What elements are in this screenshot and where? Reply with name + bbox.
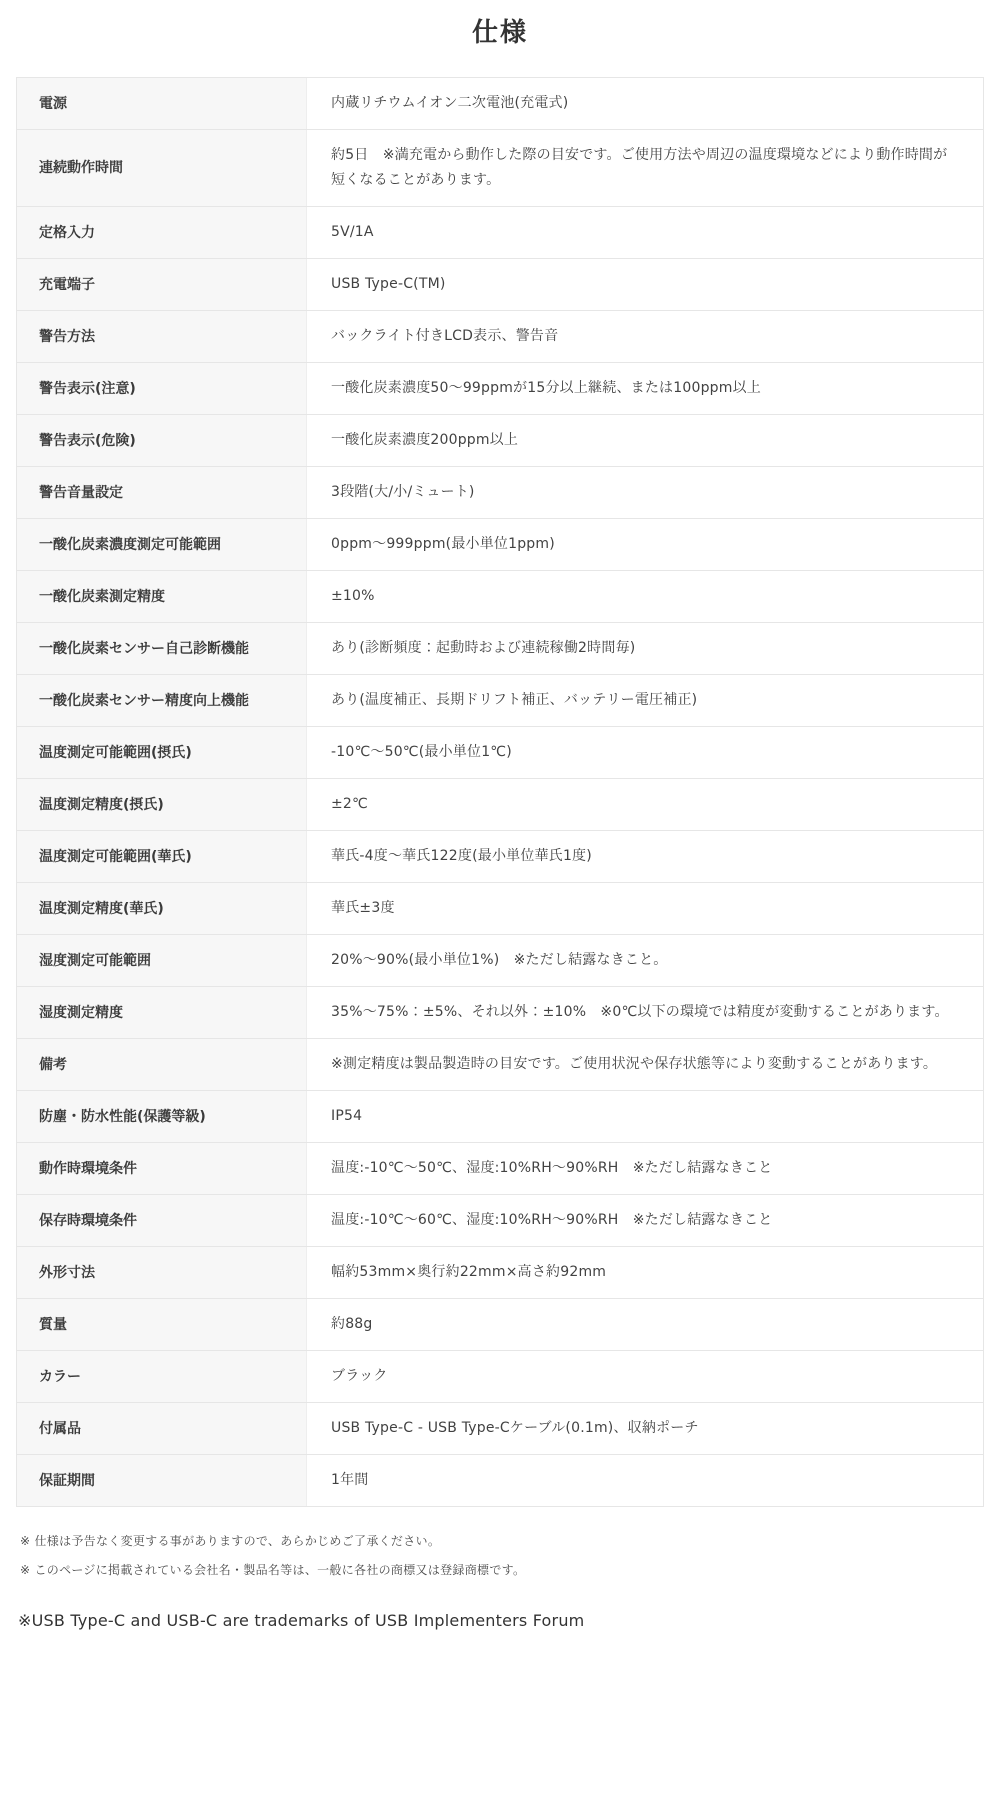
spec-value: -10℃〜50℃(最小単位1℃)	[307, 727, 983, 778]
spec-value: ブラック	[307, 1351, 983, 1402]
page-title: 仕様	[0, 12, 1000, 49]
spec-label: 一酸化炭素濃度測定可能範囲	[17, 519, 307, 570]
spec-value: バックライト付きLCD表示、警告音	[307, 311, 983, 362]
spec-value: 一酸化炭素濃度50〜99ppmが15分以上継続、または100ppm以上	[307, 363, 983, 414]
table-row: 定格入力5V/1A	[17, 207, 983, 259]
table-row: 一酸化炭素センサー精度向上機能あり(温度補正、長期ドリフト補正、バッテリー電圧補…	[17, 675, 983, 727]
spec-value: あり(温度補正、長期ドリフト補正、バッテリー電圧補正)	[307, 675, 983, 726]
spec-label: 温度測定可能範囲(華氏)	[17, 831, 307, 882]
spec-value: 0ppm〜999ppm(最小単位1ppm)	[307, 519, 983, 570]
spec-label: 外形寸法	[17, 1247, 307, 1298]
spec-label: 防塵・防水性能(保護等級)	[17, 1091, 307, 1142]
spec-label: 備考	[17, 1039, 307, 1090]
spec-label: 定格入力	[17, 207, 307, 258]
table-row: 湿度測定可能範囲20%〜90%(最小単位1%) ※ただし結露なきこと。	[17, 935, 983, 987]
table-row: 質量約88g	[17, 1299, 983, 1351]
spec-value: 1年間	[307, 1455, 983, 1506]
spec-label: 保証期間	[17, 1455, 307, 1506]
spec-label: 一酸化炭素測定精度	[17, 571, 307, 622]
spec-table: 電源内蔵リチウムイオン二次電池(充電式)連続動作時間約5日 ※満充電から動作した…	[16, 77, 984, 1507]
spec-label: 付属品	[17, 1403, 307, 1454]
table-row: 警告方法バックライト付きLCD表示、警告音	[17, 311, 983, 363]
table-row: 温度測定精度(華氏)華氏±3度	[17, 883, 983, 935]
usb-trademark-note: ※USB Type-C and USB-C are trademarks of …	[18, 1611, 984, 1630]
footnote-spec-change: ※ 仕様は予告なく変更する事がありますので、あらかじめご了承ください。	[20, 1533, 984, 1550]
spec-value: 35%〜75%：±5%、それ以外：±10% ※0℃以下の環境では精度が変動するこ…	[307, 987, 983, 1038]
spec-label: 温度測定可能範囲(摂氏)	[17, 727, 307, 778]
spec-value: 約5日 ※満充電から動作した際の目安です。ご使用方法や周辺の温度環境などにより動…	[307, 130, 983, 206]
spec-label: 警告表示(危険)	[17, 415, 307, 466]
spec-label: 警告方法	[17, 311, 307, 362]
spec-value: あり(診断頻度：起動時および連続稼働2時間毎)	[307, 623, 983, 674]
spec-value: USB Type-C(TM)	[307, 259, 983, 310]
spec-label: 一酸化炭素センサー自己診断機能	[17, 623, 307, 674]
spec-label: カラー	[17, 1351, 307, 1402]
spec-label: 温度測定精度(華氏)	[17, 883, 307, 934]
spec-value: 内蔵リチウムイオン二次電池(充電式)	[307, 78, 983, 129]
table-row: 動作時環境条件温度:-10℃〜50℃、湿度:10%RH〜90%RH ※ただし結露…	[17, 1143, 983, 1195]
spec-value: 一酸化炭素濃度200ppm以上	[307, 415, 983, 466]
table-row: 付属品USB Type-C - USB Type-Cケーブル(0.1m)、収納ポ…	[17, 1403, 983, 1455]
spec-value: 幅約53mm×奥行約22mm×高さ約92mm	[307, 1247, 983, 1298]
spec-page: 仕様 電源内蔵リチウムイオン二次電池(充電式)連続動作時間約5日 ※満充電から動…	[0, 0, 1000, 1800]
spec-label: 一酸化炭素センサー精度向上機能	[17, 675, 307, 726]
spec-value: 温度:-10℃〜60℃、湿度:10%RH〜90%RH ※ただし結露なきこと	[307, 1195, 983, 1246]
table-row: 温度測定精度(摂氏)±2℃	[17, 779, 983, 831]
spec-label: 連続動作時間	[17, 130, 307, 206]
footnote-trademarks-general: ※ このページに掲載されている会社名・製品名等は、一般に各社の商標又は登録商標で…	[20, 1562, 984, 1579]
spec-label: 動作時環境条件	[17, 1143, 307, 1194]
table-row: 保証期間1年間	[17, 1455, 983, 1506]
spec-value: ±2℃	[307, 779, 983, 830]
table-row: カラーブラック	[17, 1351, 983, 1403]
spec-value: ±10%	[307, 571, 983, 622]
table-row: 備考※測定精度は製品製造時の目安です。ご使用状況や保存状態等により変動することが…	[17, 1039, 983, 1091]
table-row: 一酸化炭素濃度測定可能範囲0ppm〜999ppm(最小単位1ppm)	[17, 519, 983, 571]
table-row: 温度測定可能範囲(摂氏)-10℃〜50℃(最小単位1℃)	[17, 727, 983, 779]
spec-label: 警告表示(注意)	[17, 363, 307, 414]
spec-label: 湿度測定精度	[17, 987, 307, 1038]
table-row: 警告表示(注意)一酸化炭素濃度50〜99ppmが15分以上継続、または100pp…	[17, 363, 983, 415]
table-row: 外形寸法幅約53mm×奥行約22mm×高さ約92mm	[17, 1247, 983, 1299]
table-row: 保存時環境条件温度:-10℃〜60℃、湿度:10%RH〜90%RH ※ただし結露…	[17, 1195, 983, 1247]
spec-value: ※測定精度は製品製造時の目安です。ご使用状況や保存状態等により変動することがあり…	[307, 1039, 983, 1090]
spec-value: 5V/1A	[307, 207, 983, 258]
table-row: 温度測定可能範囲(華氏)華氏-4度〜華氏122度(最小単位華氏1度)	[17, 831, 983, 883]
table-row: 連続動作時間約5日 ※満充電から動作した際の目安です。ご使用方法や周辺の温度環境…	[17, 130, 983, 207]
spec-value: 華氏±3度	[307, 883, 983, 934]
spec-label: 警告音量設定	[17, 467, 307, 518]
table-row: 湿度測定精度35%〜75%：±5%、それ以外：±10% ※0℃以下の環境では精度…	[17, 987, 983, 1039]
spec-value: 華氏-4度〜華氏122度(最小単位華氏1度)	[307, 831, 983, 882]
table-row: 警告音量設定3段階(大/小/ミュート)	[17, 467, 983, 519]
table-row: 警告表示(危険)一酸化炭素濃度200ppm以上	[17, 415, 983, 467]
spec-value: 約88g	[307, 1299, 983, 1350]
table-row: 一酸化炭素測定精度±10%	[17, 571, 983, 623]
table-row: 一酸化炭素センサー自己診断機能あり(診断頻度：起動時および連続稼働2時間毎)	[17, 623, 983, 675]
spec-label: 質量	[17, 1299, 307, 1350]
spec-value: 20%〜90%(最小単位1%) ※ただし結露なきこと。	[307, 935, 983, 986]
spec-value: USB Type-C - USB Type-Cケーブル(0.1m)、収納ポーチ	[307, 1403, 983, 1454]
spec-value: 3段階(大/小/ミュート)	[307, 467, 983, 518]
table-row: 防塵・防水性能(保護等級)IP54	[17, 1091, 983, 1143]
spec-label: 保存時環境条件	[17, 1195, 307, 1246]
spec-label: 充電端子	[17, 259, 307, 310]
spec-value: IP54	[307, 1091, 983, 1142]
footnotes: ※ 仕様は予告なく変更する事がありますので、あらかじめご了承ください。 ※ この…	[20, 1533, 984, 1579]
spec-label: 電源	[17, 78, 307, 129]
table-row: 電源内蔵リチウムイオン二次電池(充電式)	[17, 78, 983, 130]
spec-value: 温度:-10℃〜50℃、湿度:10%RH〜90%RH ※ただし結露なきこと	[307, 1143, 983, 1194]
table-row: 充電端子USB Type-C(TM)	[17, 259, 983, 311]
spec-label: 温度測定精度(摂氏)	[17, 779, 307, 830]
spec-label: 湿度測定可能範囲	[17, 935, 307, 986]
